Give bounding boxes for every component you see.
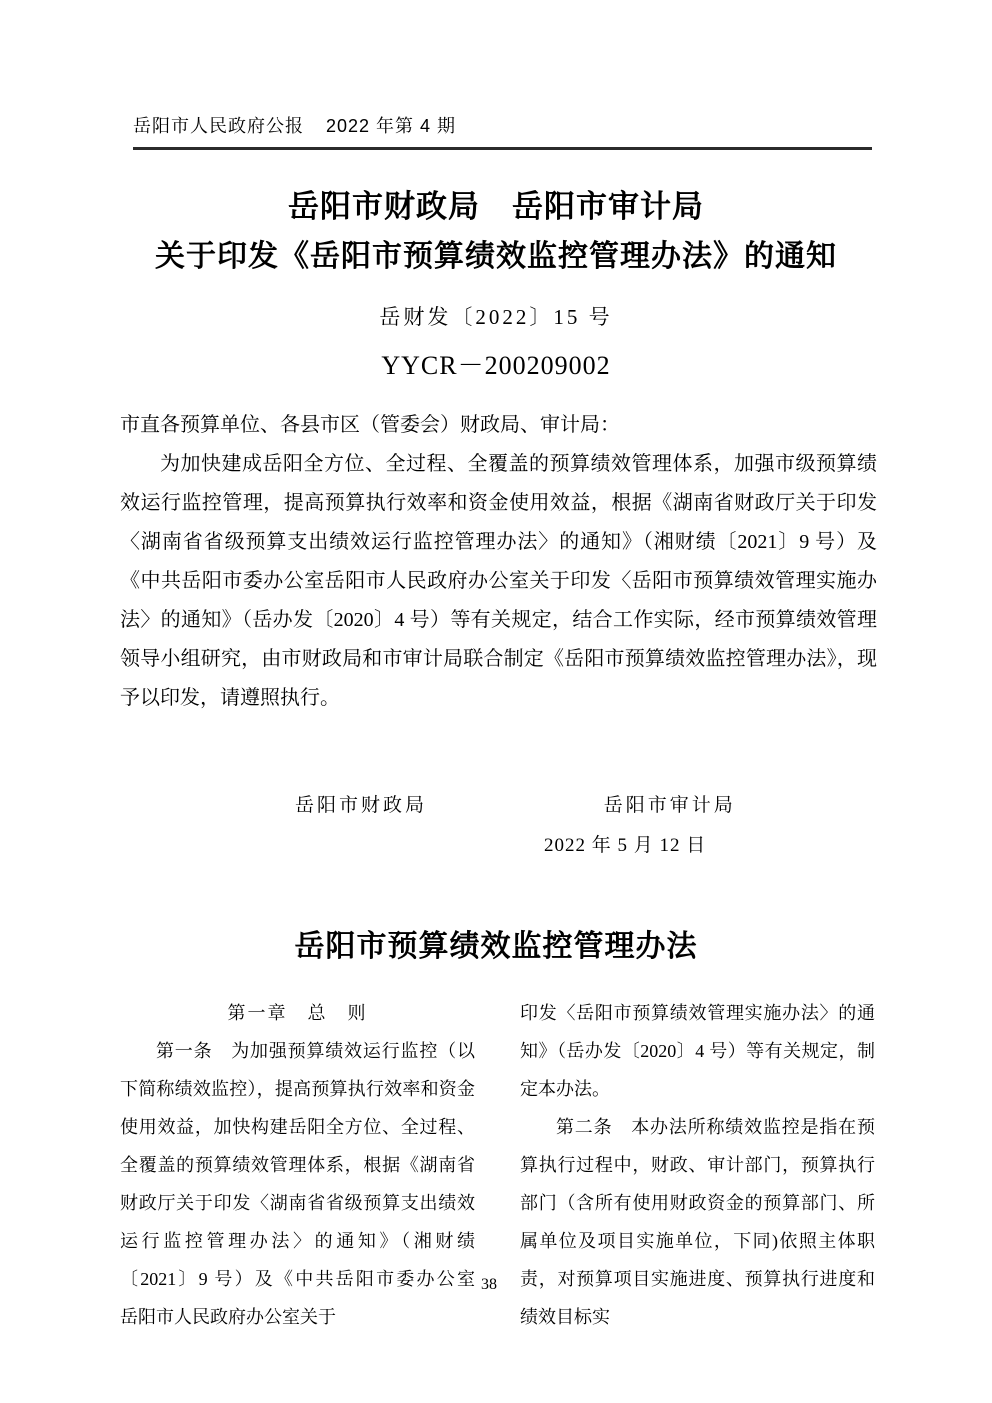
article-1-continued-paragraph: 印发〈岳阳市预算绩效管理实施办法〉的通知》（岳办发〔2020〕4 号）等有关规定… — [520, 994, 875, 1108]
page-number: 38 — [0, 1276, 978, 1294]
article-2-paragraph: 第二条 本办法所称绩效监控是指在预算执行过程中，财政、审计部门，预算执行部门（含… — [520, 1108, 875, 1336]
signature-orgs-row: 岳阳市财政局 岳阳市审计局 — [120, 786, 877, 826]
letter-body: 市直各预算单位、各县市区（管委会）财政局、审计局： 为加快建成岳阳全方位、全过程… — [120, 406, 877, 718]
signature-org-finance-bureau: 岳阳市财政局 — [295, 795, 427, 816]
signature-block: 岳阳市财政局 岳阳市审计局 2022 年 5 月 12 日 — [120, 786, 877, 866]
letter-paragraph: 为加快建成岳阳全方位、全过程、全覆盖的预算绩效管理体系，加强市级预算绩效运行监控… — [120, 445, 877, 718]
masthead: 岳阳市人民政府公报2022 年第 4 期 — [133, 112, 872, 150]
document-number: 岳财发〔2022〕15 号 — [0, 301, 992, 331]
signature-date: 2022 年 5 月 12 日 — [544, 835, 706, 856]
gazette-title: 岳阳市人民政府公报 — [133, 116, 304, 136]
gazette-page: 岳阳市人民政府公报2022 年第 4 期 岳阳市财政局 岳阳市审计局 关于印发《… — [0, 0, 992, 1403]
notice-title-organizations: 岳阳市财政局 岳阳市审计局 — [0, 181, 992, 226]
notice-title-subject: 关于印发《岳阳市预算绩效监控管理办法》的通知 — [0, 231, 992, 275]
document-code: YYCR－200209002 — [0, 345, 992, 382]
issue-label: 2022 年第 4 期 — [326, 116, 456, 136]
addressee-line: 市直各预算单位、各县市区（管委会）财政局、审计局： — [120, 406, 877, 445]
signature-date-row: 2022 年 5 月 12 日 — [120, 826, 877, 866]
regulation-title: 岳阳市预算绩效监控管理办法 — [0, 921, 992, 965]
chapter-1-heading: 第一章 总 则 — [120, 994, 475, 1032]
signature-org-audit-bureau: 岳阳市审计局 — [604, 795, 736, 816]
